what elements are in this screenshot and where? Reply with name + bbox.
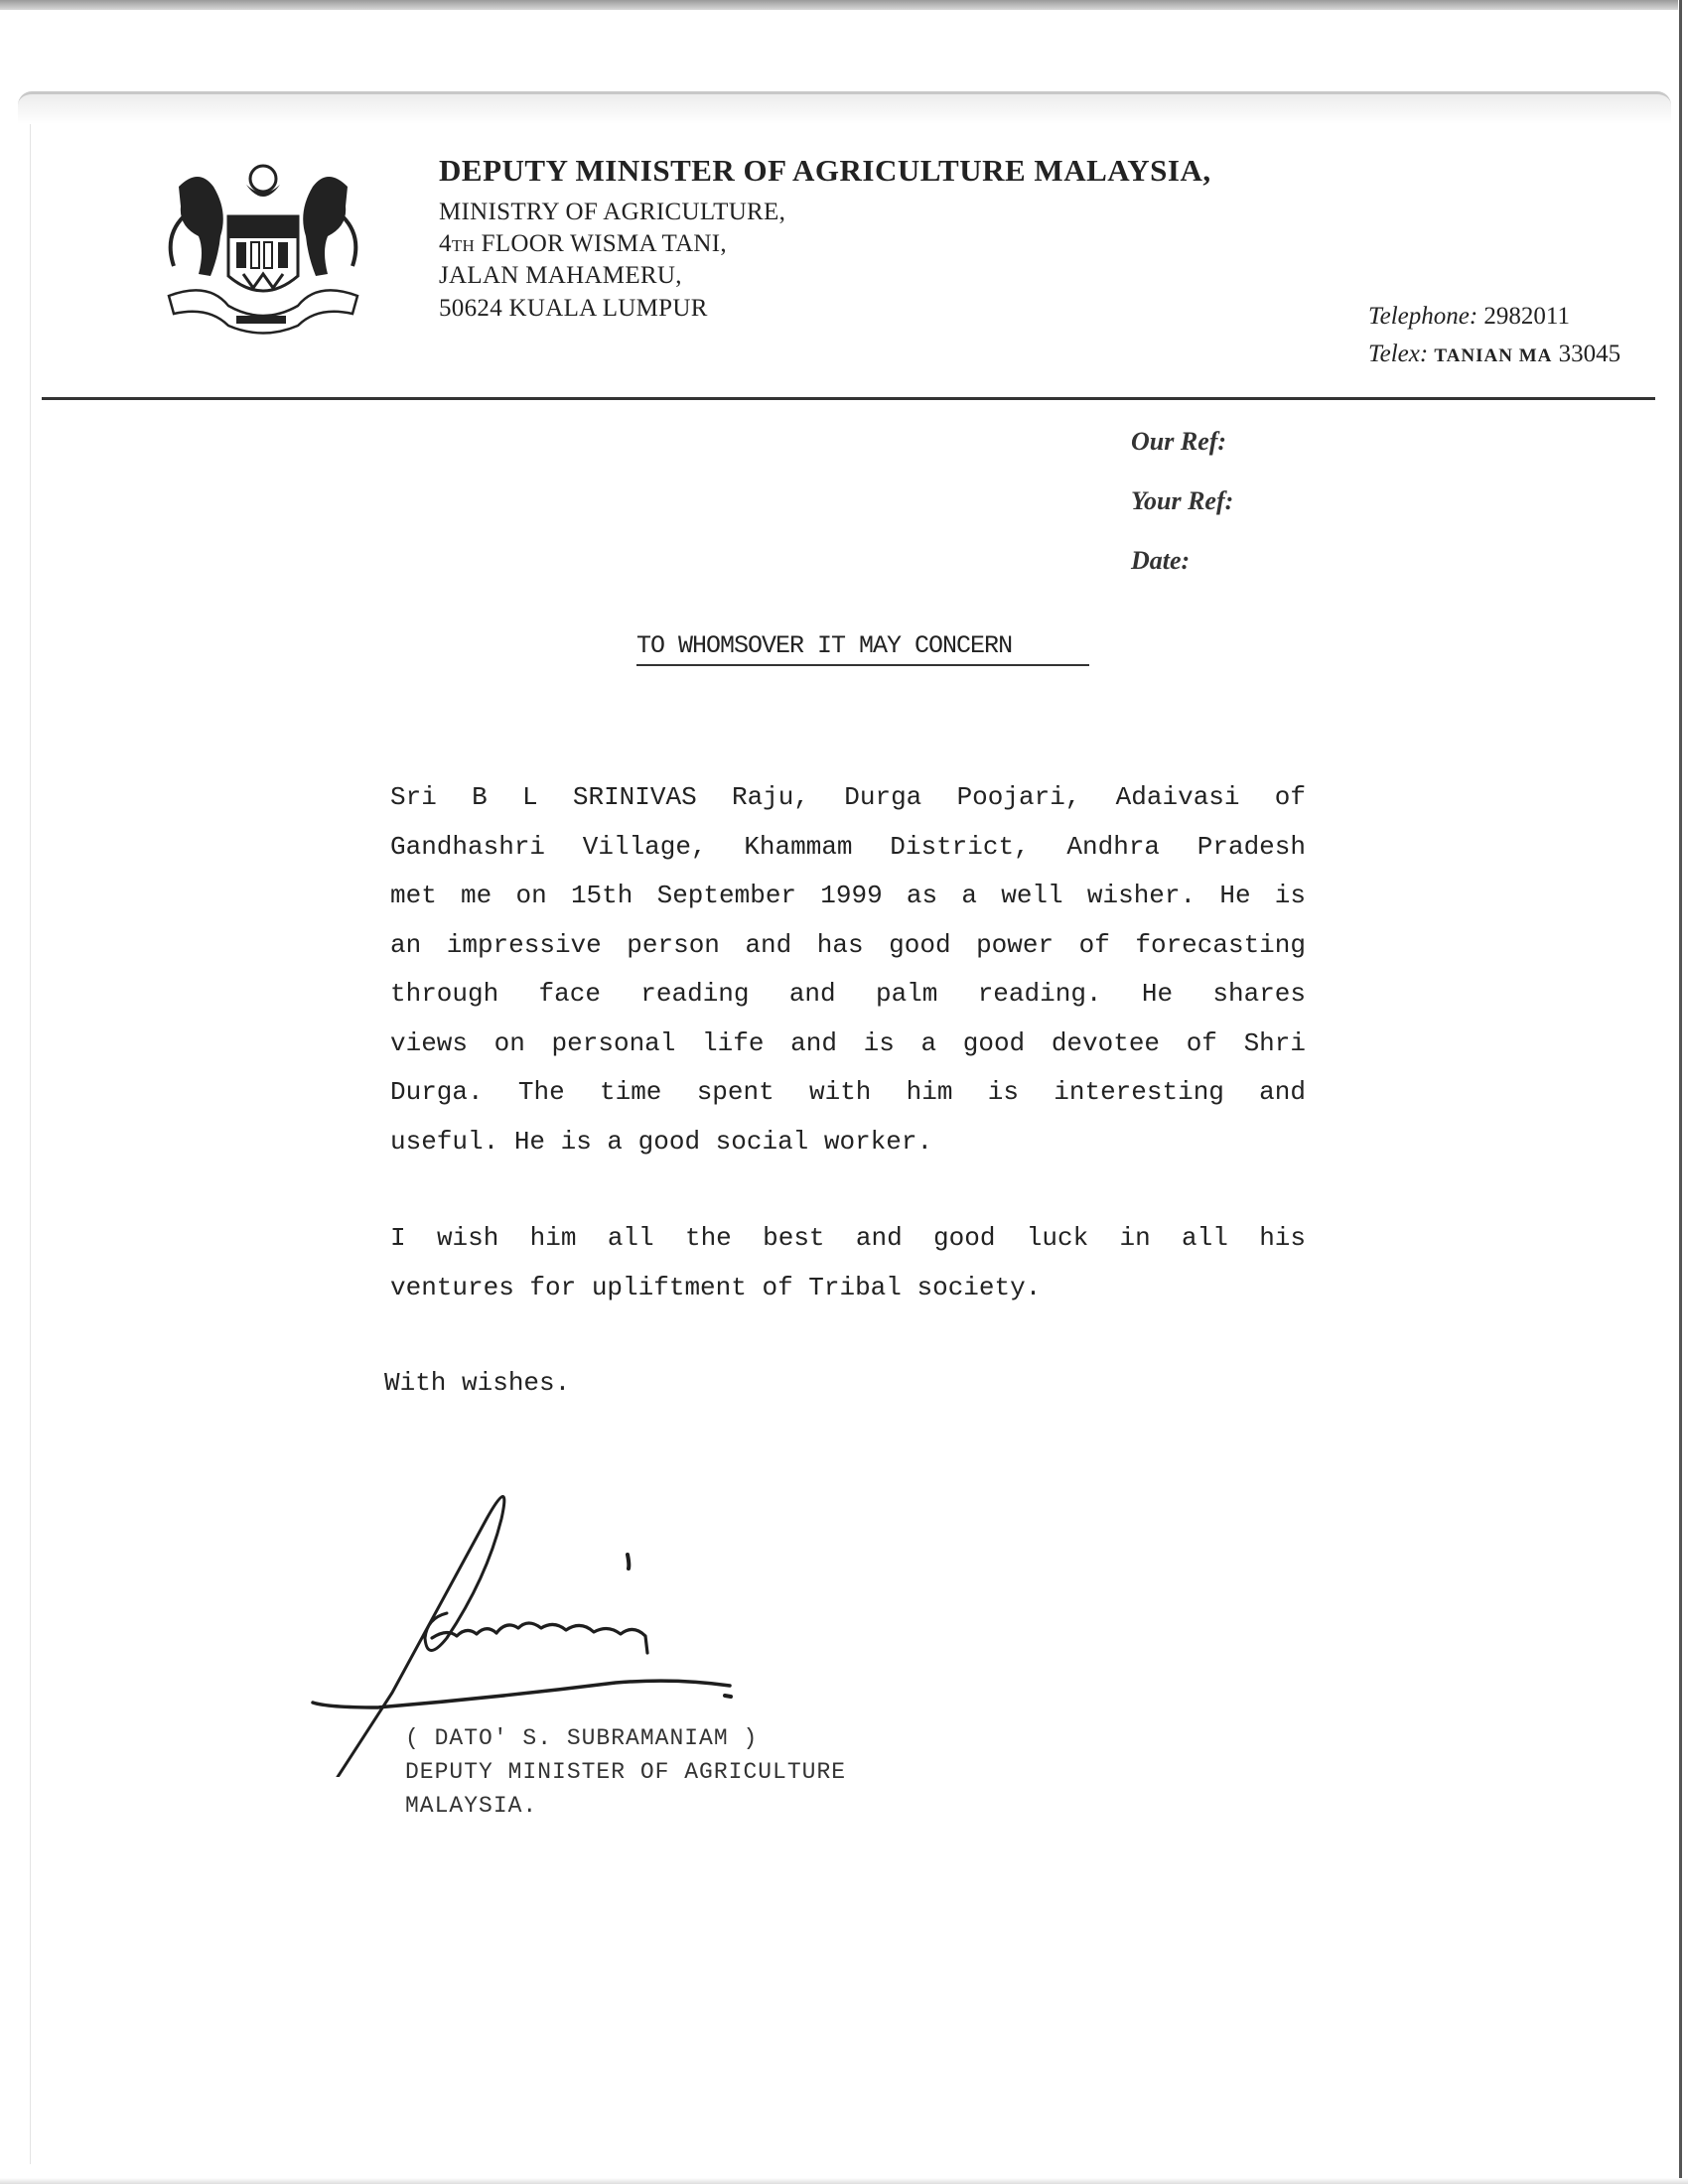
signatory-title: DEPUTY MINISTER OF AGRICULTURE [405,1759,846,1785]
body-line: through face reading and palm reading. H… [390,979,1306,1028]
our-ref-label: Our Ref: [1131,427,1226,457]
date-label: Date: [1131,546,1190,576]
your-ref-label: Your Ref: [1131,486,1233,516]
malaysia-coat-of-arms-icon [159,157,367,336]
body-line: Gandhashri Village, Khammam District, An… [390,832,1306,882]
telex-line: Telex: TANIAN MA 33045 [1368,341,1620,368]
letterhead-title: DEPUTY MINISTER OF AGRICULTURE MALAYSIA, [439,153,1211,189]
body-line: views on personal life and is a good dev… [390,1028,1306,1078]
body-line: an impressive person and has good power … [390,930,1306,980]
letterhead-divider [42,397,1655,400]
paragraph-wishes: I wish him all the best and good luck in… [390,1223,1306,1321]
floor-number: 4 [439,230,452,257]
body-line: Durga. The time spent with him is intere… [390,1077,1306,1127]
scan-top-edge [0,0,1678,10]
telephone-line: Telephone: 2982011 [1368,303,1570,331]
scan-bottom-edge [0,2178,1688,2184]
telephone-label: Telephone: [1368,303,1477,330]
address-line-floor: 4TH FLOOR WISMA TANI, [439,230,727,258]
address-line-ministry: MINISTRY OF AGRICULTURE, [439,199,785,226]
scan-left-edge [30,119,31,2164]
body-line: ventures for upliftment of Tribal societ… [390,1273,1306,1322]
closing-salutation: With wishes. [384,1368,570,1398]
telex-value: 33045 [1559,341,1621,367]
scan-right-edge [1679,0,1682,2184]
telex-label: Telex: [1368,341,1428,367]
page-top-fold [18,91,1671,124]
letter-heading: TO WHOMSOVER IT MAY CONCERN [636,631,1089,666]
paragraph-introduction: Sri B L SRINIVAS Raju, Durga Poojari, Ad… [390,782,1306,1175]
signatory-name: ( DATO' S. SUBRAMANIAM ) [405,1725,758,1751]
signatory-country: MALAYSIA. [405,1793,537,1819]
body-line: Sri B L SRINIVAS Raju, Durga Poojari, Ad… [390,782,1306,832]
floor-building: FLOOR WISMA TANI, [475,230,727,257]
telephone-value: 2982011 [1483,303,1570,330]
body-line: useful. He is a good social worker. [390,1127,1306,1176]
floor-suffix: TH [452,236,475,255]
telex-code: TANIAN MA [1434,345,1552,366]
address-line-street: JALAN MAHAMERU, [439,262,682,290]
address-line-city: 50624 KUALA LUMPUR [439,295,708,323]
body-line: I wish him all the best and good luck in… [390,1223,1306,1273]
body-line: met me on 15th September 1999 as a well … [390,881,1306,930]
